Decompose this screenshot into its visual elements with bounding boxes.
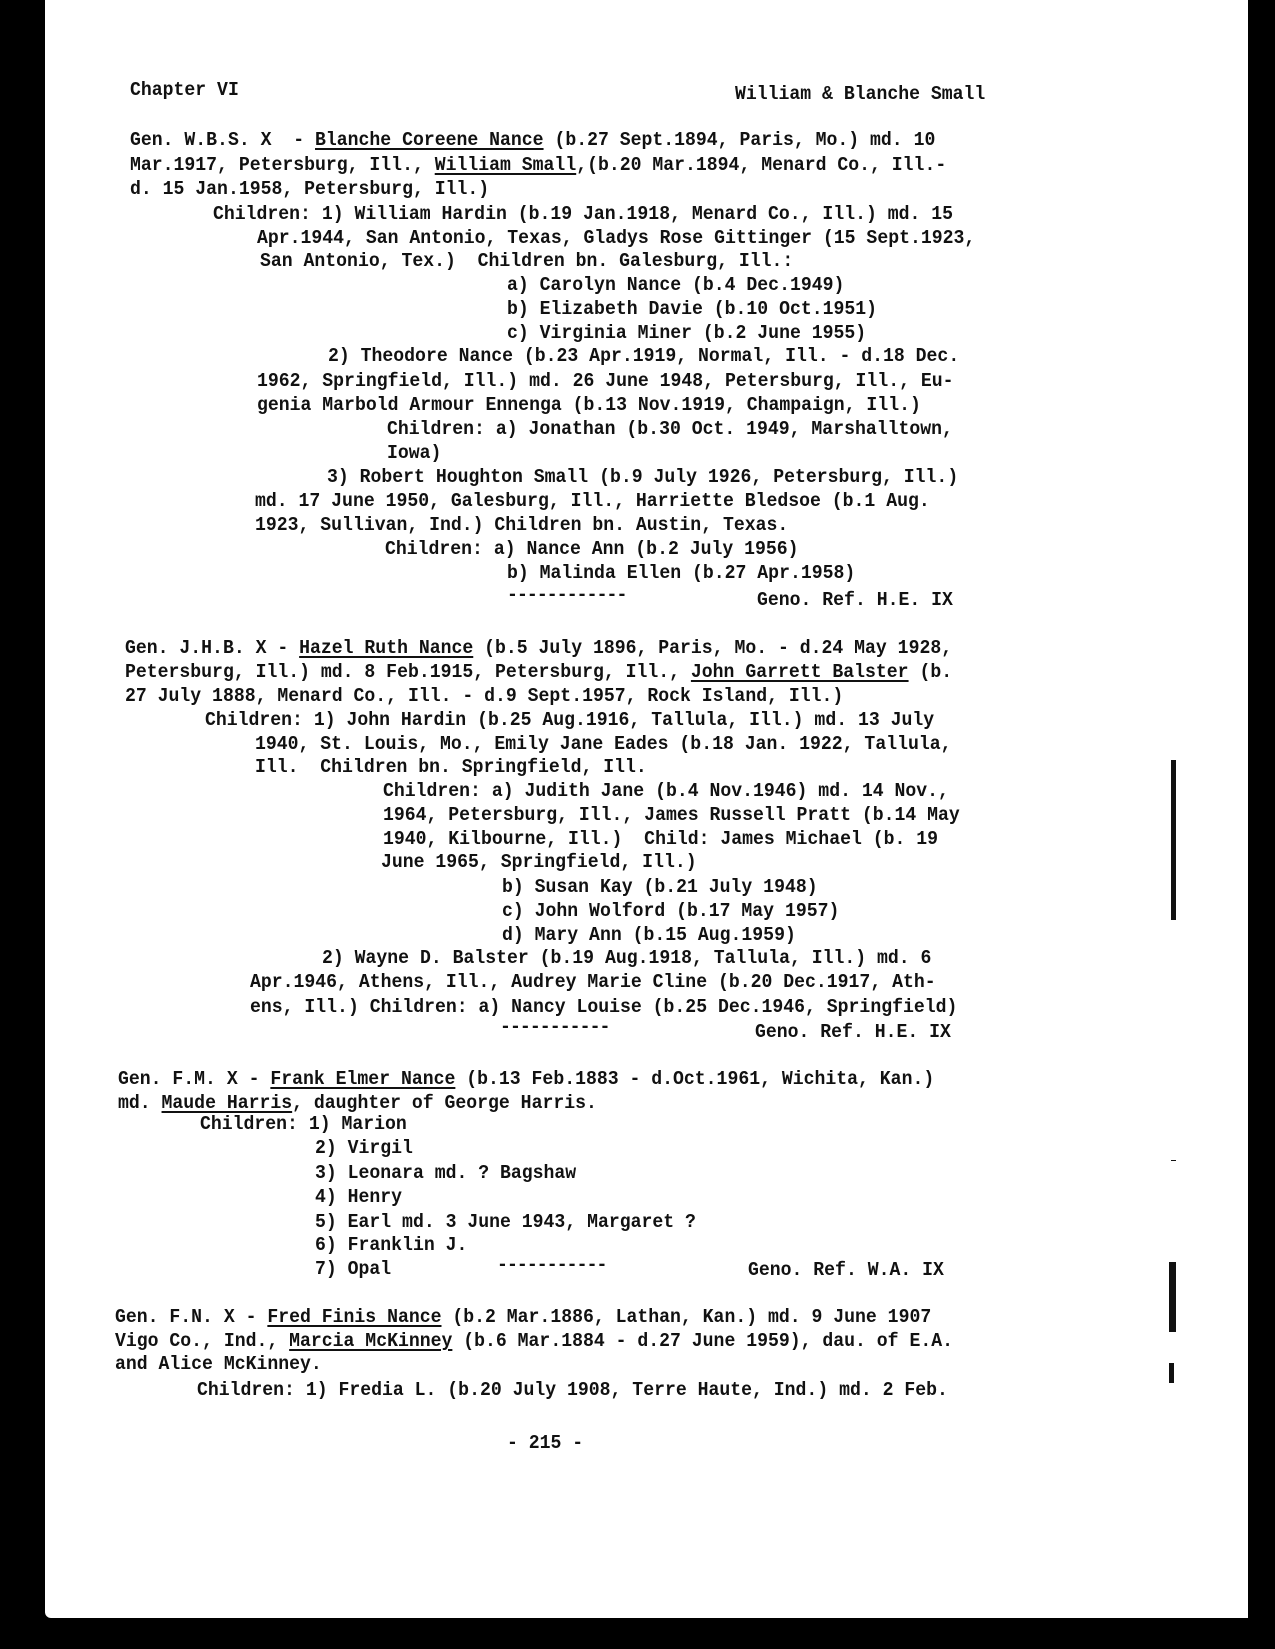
separator-line: ------------: [507, 584, 626, 606]
entry-line: Gen. F.N. X - Fred Finis Nance (b.2 Mar.…: [115, 1306, 931, 1328]
entry-line: Gen. F.M. X - Frank Elmer Nance (b.13 Fe…: [118, 1068, 934, 1090]
children-line: 7) Opal: [315, 1258, 391, 1280]
children-line: Ill. Children bn. Springfield, Ill.: [255, 756, 647, 778]
children-line: md. 17 June 1950, Galesburg, Ill., Harri…: [255, 490, 930, 512]
entry-line: Gen. W.B.S. X - Blanche Coreene Nance (b…: [130, 129, 935, 151]
grandchild-line: a) Carolyn Nance (b.4 Dec.1949): [507, 274, 844, 296]
grandchild-line: Children: a) Jonathan (b.30 Oct. 1949, M…: [387, 418, 953, 440]
children-line: Children: 1) John Hardin (b.25 Aug.1916,…: [205, 709, 934, 731]
entry-line: d. 15 Jan.1958, Petersburg, Ill.): [130, 178, 489, 200]
entry-text: ,(b.20 Mar.1894, Menard Co., Ill.-: [576, 154, 946, 176]
children-line: genia Marbold Armour Ennenga (b.13 Nov.1…: [257, 394, 921, 416]
scan-artifact: [1171, 760, 1176, 920]
grandchild-line: 1940, Kilbourne, Ill.) Child: James Mich…: [383, 828, 938, 850]
entry-text: , daughter of George Harris.: [292, 1092, 597, 1114]
grandchild-line: c) John Wolford (b.17 May 1957): [502, 900, 839, 922]
children-line: Children: 1) William Hardin (b.19 Jan.19…: [213, 203, 953, 225]
entry-line: 27 July 1888, Menard Co., Ill. - d.9 Sep…: [125, 685, 843, 707]
children-line: 5) Earl md. 3 June 1943, Margaret ?: [315, 1211, 696, 1233]
document-page: Chapter VI William & Blanche Small Gen. …: [45, 0, 1248, 1618]
generation-code: Gen. J.H.B. X -: [125, 637, 299, 659]
children-line: Children: 1) Marion: [200, 1113, 407, 1135]
scan-artifact: [1169, 1262, 1176, 1332]
children-line: Apr.1944, San Antonio, Texas, Gladys Ros…: [257, 227, 975, 249]
spouse-name: Maude Harris: [162, 1092, 293, 1114]
entry-text: (b.5 July 1896, Paris, Mo. - d.24 May 19…: [473, 637, 952, 659]
grandchild-line: June 1965, Springfield, Ill.): [381, 851, 697, 873]
entry-text: Vigo Co., Ind.,: [115, 1330, 289, 1352]
entry-text: Petersburg, Ill.) md. 8 Feb.1915, Peters…: [125, 661, 691, 683]
entry-text: (b.: [909, 661, 953, 683]
spouse-name: John Garrett Balster: [691, 661, 909, 683]
entry-line: Mar.1917, Petersburg, Ill., William Smal…: [130, 154, 946, 176]
children-line: 6) Franklin J.: [315, 1234, 467, 1256]
grandchild-line: b) Susan Kay (b.21 July 1948): [502, 876, 818, 898]
entry-text: Mar.1917, Petersburg, Ill.,: [130, 154, 435, 176]
grandchild-line: d) Mary Ann (b.15 Aug.1959): [502, 924, 796, 946]
generation-code: Gen. F.M. X -: [118, 1068, 270, 1090]
genealogy-reference: Geno. Ref. H.E. IX: [757, 589, 953, 611]
spouse-name: Marcia McKinney: [289, 1330, 452, 1352]
generation-code: Gen. W.B.S. X -: [130, 129, 315, 151]
chapter-heading: Chapter VI: [130, 79, 239, 101]
children-line: 1923, Sullivan, Ind.) Children bn. Austi…: [255, 514, 788, 536]
entry-text: (b.13 Feb.1883 - d.Oct.1961, Wichita, Ka…: [455, 1068, 934, 1090]
person-name: Blanche Coreene Nance: [315, 129, 544, 151]
grandchild-line: 1964, Petersburg, Ill., James Russell Pr…: [383, 804, 960, 826]
entry-line: Petersburg, Ill.) md. 8 Feb.1915, Peters…: [125, 661, 952, 683]
grandchild-line: b) Elizabeth Davie (b.10 Oct.1951): [507, 298, 877, 320]
spouse-name: William Small: [435, 154, 576, 176]
children-line: 1940, St. Louis, Mo., Emily Jane Eades (…: [255, 733, 951, 755]
entry-line: and Alice McKinney.: [115, 1353, 322, 1375]
children-line: 3) Robert Houghton Small (b.9 July 1926,…: [327, 466, 958, 488]
page-number: - 215 -: [507, 1432, 583, 1454]
person-name: Frank Elmer Nance: [270, 1068, 455, 1090]
person-name: Fred Finis Nance: [267, 1306, 441, 1328]
entry-line: Vigo Co., Ind., Marcia McKinney (b.6 Mar…: [115, 1330, 953, 1352]
genealogy-reference: Geno. Ref. W.A. IX: [748, 1259, 944, 1281]
children-line: 3) Leonara md. ? Bagshaw: [315, 1162, 576, 1184]
grandchild-line: c) Virginia Miner (b.2 June 1955): [507, 322, 866, 344]
generation-code: Gen. F.N. X -: [115, 1306, 267, 1328]
children-line: 2) Wayne D. Balster (b.19 Aug.1918, Tall…: [322, 947, 931, 969]
grandchild-line: Children: a) Judith Jane (b.4 Nov.1946) …: [383, 780, 949, 802]
grandchild-line: b) Malinda Ellen (b.27 Apr.1958): [507, 562, 855, 584]
children-line: 2) Virgil: [315, 1137, 413, 1159]
separator-line: -----------: [497, 1254, 606, 1276]
entry-text: md.: [118, 1092, 162, 1114]
scan-artifact: [1169, 1363, 1174, 1383]
children-line: Apr.1946, Athens, Ill., Audrey Marie Cli…: [250, 971, 936, 993]
separator-line: -----------: [500, 1016, 609, 1038]
grandchild-line: Iowa): [387, 442, 441, 464]
entry-line: Gen. J.H.B. X - Hazel Ruth Nance (b.5 Ju…: [125, 637, 952, 659]
page-title: William & Blanche Small: [735, 83, 985, 105]
person-name: Hazel Ruth Nance: [299, 637, 473, 659]
genealogy-reference: Geno. Ref. H.E. IX: [755, 1021, 951, 1043]
entry-text: (b.6 Mar.1884 - d.27 June 1959), dau. of…: [452, 1330, 953, 1352]
scan-artifact: [1171, 1160, 1176, 1161]
children-line: San Antonio, Tex.) Children bn. Galesbur…: [260, 250, 793, 272]
children-line: Children: 1) Fredia L. (b.20 July 1908, …: [197, 1379, 948, 1401]
children-line: 2) Theodore Nance (b.23 Apr.1919, Normal…: [328, 345, 959, 367]
entry-line: md. Maude Harris, daughter of George Har…: [118, 1092, 597, 1114]
entry-text: (b.2 Mar.1886, Lathan, Kan.) md. 9 June …: [441, 1306, 931, 1328]
children-line: 1962, Springfield, Ill.) md. 26 June 194…: [257, 370, 953, 392]
children-line: 4) Henry: [315, 1186, 402, 1208]
entry-text: (b.27 Sept.1894, Paris, Mo.) md. 10: [544, 129, 936, 151]
children-line: ens, Ill.) Children: a) Nancy Louise (b.…: [250, 996, 957, 1018]
grandchild-line: Children: a) Nance Ann (b.2 July 1956): [385, 538, 799, 560]
